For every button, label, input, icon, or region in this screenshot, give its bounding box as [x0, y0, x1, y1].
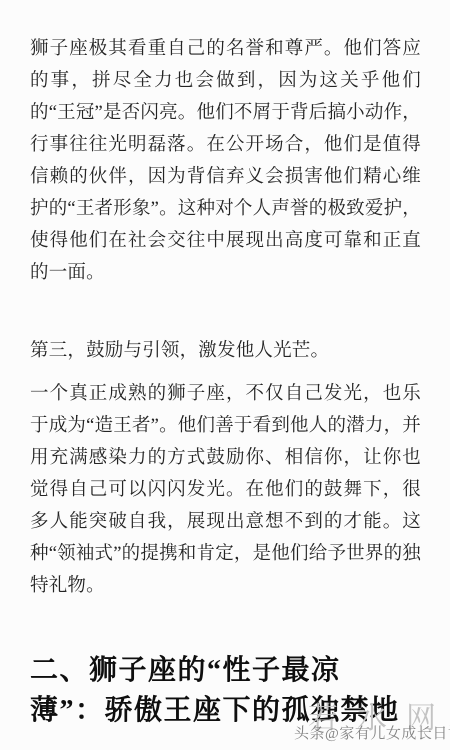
paragraph-reputation: 狮子座极其看重自己的名誉和尊严。他们答应的事，拼尽全力也会做到，因为这关乎他们的… [30, 33, 421, 289]
section-heading-line-1: 二、狮子座的“性子最凉 [30, 655, 341, 686]
paragraph-encourage: 一个真正成熟的狮子座，不仅自己发光，也乐于成为“造王者”。他们善于看到他人的潜力… [30, 378, 421, 602]
watermark-byline: 头条@家有儿女成长日记 [294, 726, 450, 743]
subheading-third-point: 第三，鼓励与引领，激发他人光芒。 [30, 335, 421, 367]
article-page: 狮子座极其看重自己的名誉和尊严。他们答应的事，拼尽全力也会做到，因为这关乎他们的… [0, 0, 450, 750]
article-body: 狮子座极其看重自己的名誉和尊严。他们答应的事，拼尽全力也会做到，因为这关乎他们的… [30, 0, 421, 731]
